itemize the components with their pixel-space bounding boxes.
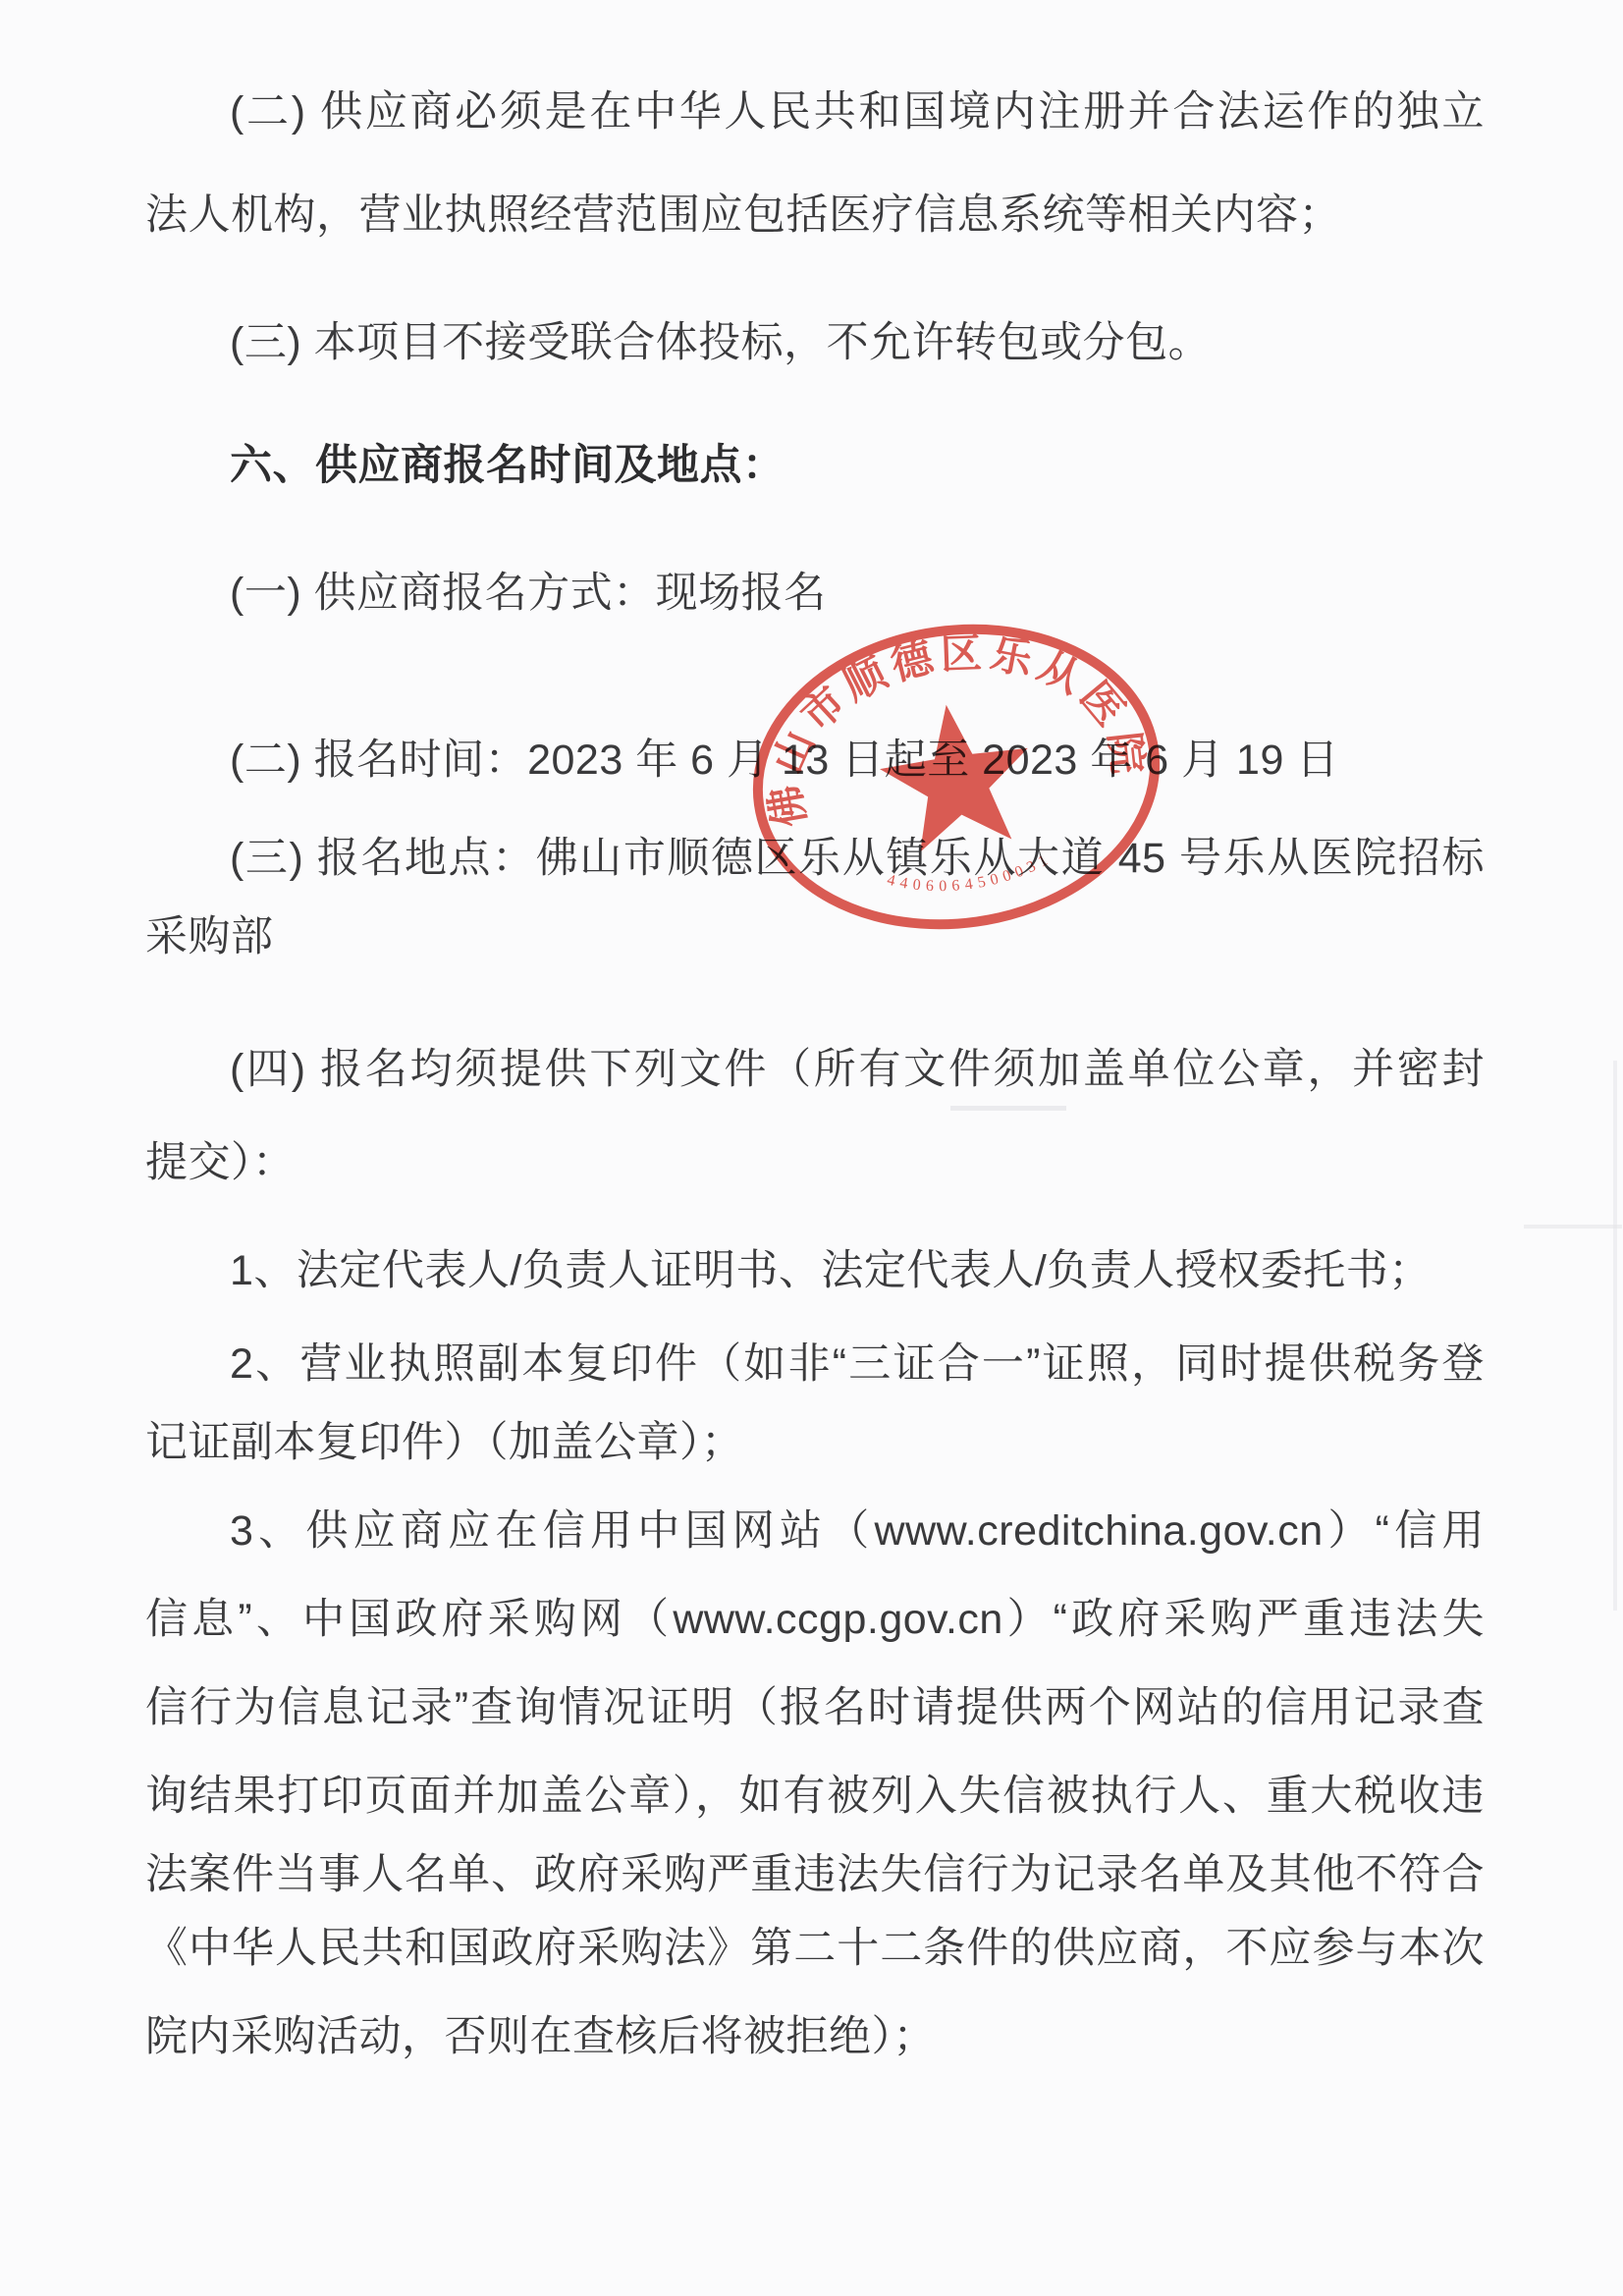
list-item-2-business-license-line-2: 记证副本复印件）（加盖公章）；: [145, 1419, 1485, 1466]
para-required-documents-line-1: (四) 报名均须提供下列文件（所有文件须加盖单位公章，并密封: [145, 1046, 1485, 1093]
para-supplier-qualification-line-1: (二) 供应商必须是在中华人民共和国境内注册并合法运作的独立: [145, 88, 1485, 136]
list-item-3-credit-check-line-6: 《中华人民共和国政府采购法》第二十二条件的供应商，不应参与本次: [145, 1925, 1485, 1972]
scanned-document-page: (二) 供应商必须是在中华人民共和国境内注册并合法运作的独立 法人机构，营业执照…: [0, 0, 1623, 2296]
list-item-3-credit-check-line-4: 询结果打印页面并加盖公章），如有被列入失信被执行人、重大税收违: [145, 1773, 1485, 1820]
document-body: (二) 供应商必须是在中华人民共和国境内注册并合法运作的独立 法人机构，营业执照…: [145, 0, 1485, 2060]
list-item-3-credit-check-line-7: 院内采购活动，否则在查核后将被拒绝）；: [145, 2013, 1485, 2060]
para-no-consortium-bids: (三) 本项目不接受联合体投标，不允许转包或分包。: [145, 319, 1485, 366]
para-registration-method: (一) 供应商报名方式：现场报名: [145, 570, 1485, 617]
section-heading-six: 六、供应商报名时间及地点：: [145, 442, 1485, 489]
para-registration-address-line-1: (三) 报名地点：佛山市顺德区乐从镇乐从大道 45 号乐从医院招标: [145, 835, 1485, 882]
list-item-3-credit-check-line-5: 法案件当事人名单、政府采购严重违法失信行为记录名单及其他不符合: [145, 1851, 1485, 1898]
list-item-3-credit-check-line-3: 信行为信息记录”查询情况证明（报名时请提供两个网站的信用记录查: [145, 1684, 1485, 1731]
para-required-documents-line-2: 提交）：: [145, 1139, 1485, 1186]
list-item-3-credit-check-line-1: 3、供应商应在信用中国网站（www.creditchina.gov.cn）“信用: [145, 1507, 1485, 1555]
list-item-1-legal-rep-certificates: 1、法定代表人/负责人证明书、法定代表人/负责人授权委托书；: [145, 1247, 1485, 1294]
para-supplier-qualification-line-2: 法人机构，营业执照经营范围应包括医疗信息系统等相关内容；: [145, 191, 1485, 239]
para-registration-address-line-2: 采购部: [145, 913, 1485, 960]
para-registration-time: (二) 报名时间：2023 年 6 月 13 日起至 2023 年 6 月 19…: [145, 737, 1485, 784]
scan-artifact: [1524, 1225, 1622, 1229]
scan-artifact: [1613, 1061, 1617, 1611]
scan-artifact: [950, 1106, 1066, 1111]
list-item-2-business-license-line-1: 2、营业执照副本复印件（如非“三证合一”证照，同时提供税务登: [145, 1340, 1485, 1388]
list-item-3-credit-check-line-2: 信息”、中国政府采购网（www.ccgp.gov.cn）“政府采购严重违法失: [145, 1596, 1485, 1643]
